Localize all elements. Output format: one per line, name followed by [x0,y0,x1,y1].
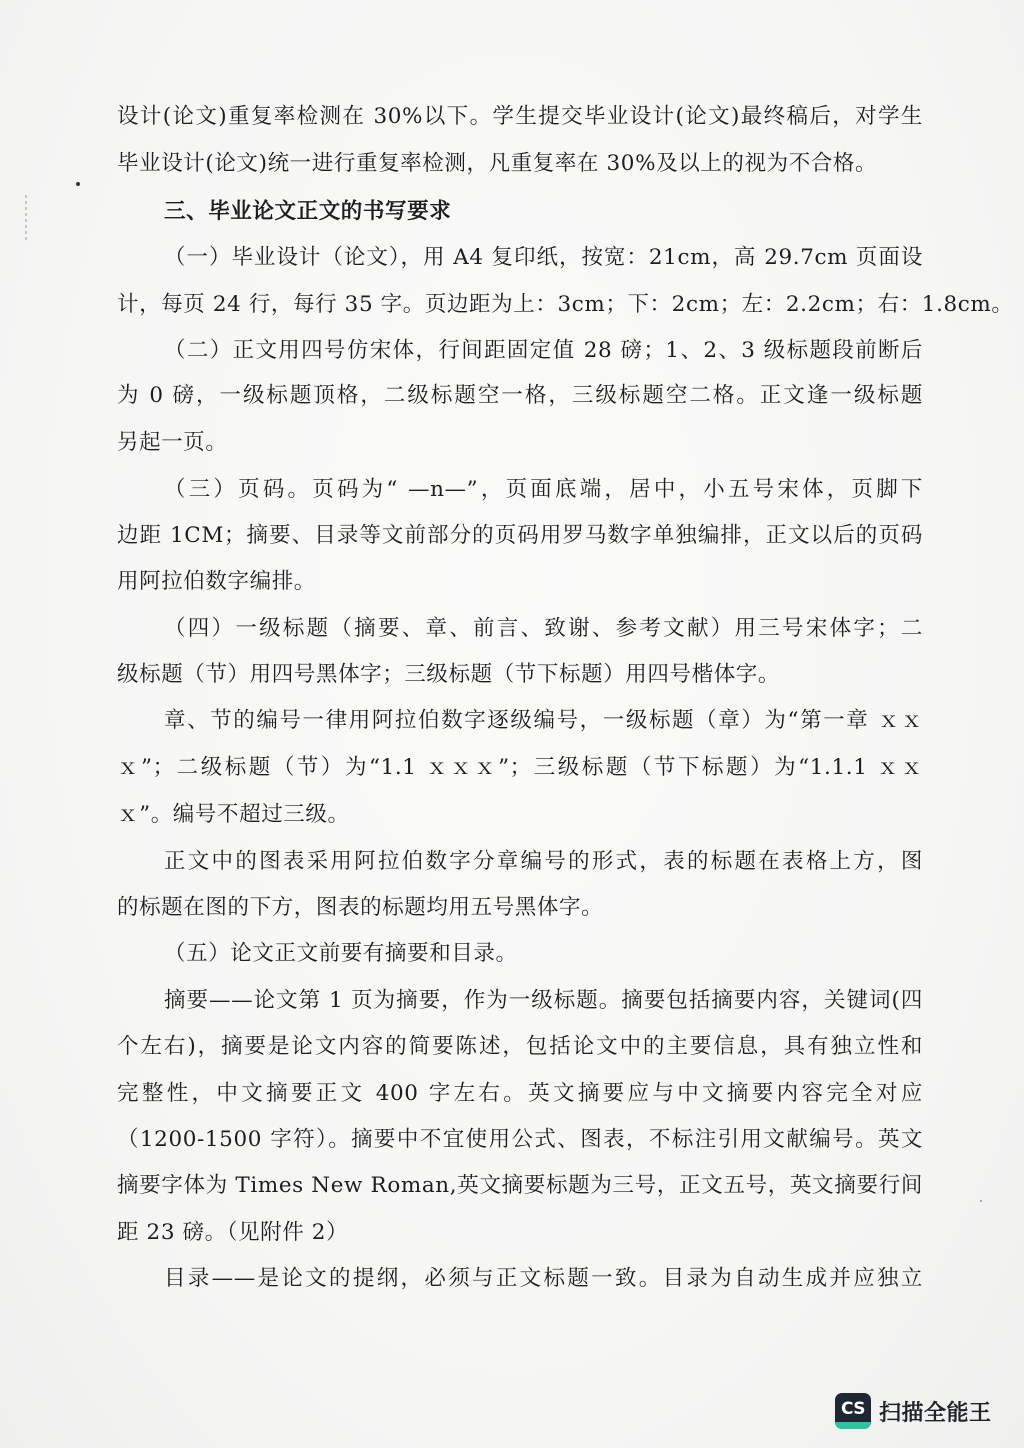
text-line: 设计(论文)重复率检测在 30%以下。学生提交毕业设计(论文)最终稿后，对学生 [117,97,923,136]
text-line: 另起一页。 [117,423,923,462]
text-line: 计，每页 24 行，每行 35 字。页边距为上：3cm；下：2cm；左：2.2c… [117,285,923,324]
text-line: 个左右)，摘要是论文内容的简要陈述，包括论文中的主要信息，具有独立性和 [117,1027,923,1066]
text-line: 章、节的编号一律用阿拉伯数字逐级编号，一级标题（章）为“第一章 ｘｘ [164,701,923,740]
scanned-page: 设计(论文)重复率检测在 30%以下。学生提交毕业设计(论文)最终稿后，对学生 … [0,0,1024,1448]
text-line: 级标题（节）用四号黑体字；三级标题（节下标题）用四号楷体字。 [117,655,923,694]
text-line: 摘要字体为 Times New Roman,英文摘要标题为三号，正文五号，英文摘… [117,1166,923,1205]
text-line: （三）页码。页码为“ —n—”，页面底端，居中，小五号宋体，页脚下 [164,470,923,509]
text-line: （四）一级标题（摘要、章、前言、致谢、参考文献）用三号宋体字；二 [164,609,923,648]
camscanner-logo-icon: CS [835,1393,871,1429]
text-line: ｘ”。编号不超过三级。 [117,795,923,834]
text-line: 正文中的图表采用阿拉伯数字分章编号的形式，表的标题在表格上方，图 [164,842,923,881]
text-line: ｘ”；二级标题（节）为“1.1 ｘｘｘ”；三级标题（节下标题）为“1.1.1 ｘ… [117,748,923,787]
brand-name: 扫描全能王 [879,1396,992,1427]
text-line: 为 0 磅，一级标题顶格，二级标题空一格，三级标题空二格。正文逢一级标题 [117,376,923,415]
text-line: 毕业设计(论文)统一进行重复率检测，凡重复率在 30%及以上的视为不合格。 [117,144,923,183]
text-line: （二）正文用四号仿宋体，行间距固定值 28 磅；1、2、3 级标题段前断后 [164,331,923,370]
logo-text: CS [841,1399,865,1419]
text-line: （一）毕业设计（论文），用 A4 复印纸，按宽：21cm，高 29.7cm 页面… [164,238,923,277]
text-line: （五）论文正文前要有摘要和目录。 [164,934,923,973]
text-line: 的标题在图的下方，图表的标题均用五号黑体字。 [117,888,923,927]
camscanner-watermark: CS 扫描全能王 [835,1393,992,1429]
text-line: 边距 1CM；摘要、目录等文前部分的页码用罗马数字单独编排，正文以后的页码 [117,516,923,555]
scan-speck [76,182,80,186]
text-line: 用阿拉伯数字编排。 [117,562,923,601]
section-heading: 三、毕业论文正文的书写要求 [164,192,923,231]
text-line: 完整性，中文摘要正文 400 字左右。英文摘要应与中文摘要内容完全对应 [117,1074,923,1113]
text-line: 距 23 磅。（见附件 2） [117,1213,923,1252]
text-line: 目录——是论文的提纲，必须与正文标题一致。目录为自动生成并应独立 [164,1259,923,1298]
text-line: 摘要——论文第 1 页为摘要，作为一级标题。摘要包括摘要内容，关键词(四 [164,981,923,1020]
scan-speck [980,1200,982,1202]
text-line: （1200-1500 字符）。摘要中不宜使用公式、图表，不标注引用文献编号。英文 [117,1120,923,1159]
scan-margin-artifact [25,195,27,240]
